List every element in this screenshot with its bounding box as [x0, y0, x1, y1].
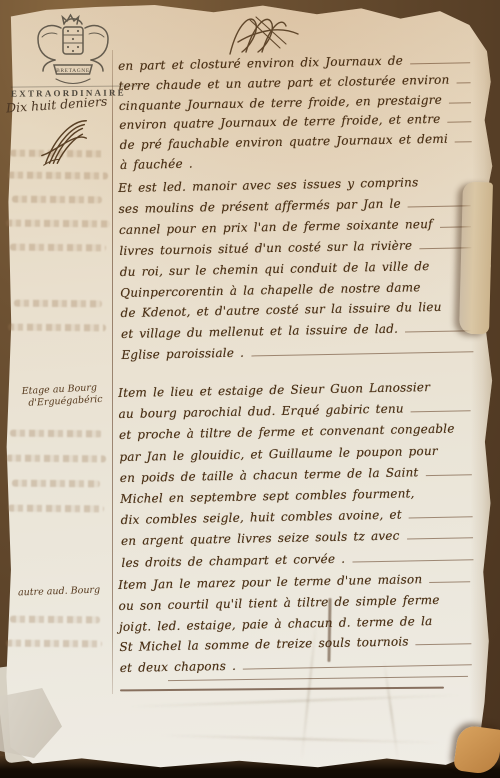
ink-bleedthrough: [10, 616, 100, 624]
stamp-banner-text: BRETAGNE: [56, 68, 90, 74]
manuscript-photo: BRETAGNE EXTRAORDINAIRE Dix huit deniers…: [0, 0, 500, 778]
ink-bleedthrough: [12, 480, 100, 488]
paragraph-land-parcels: en part et closturé environ dix Journaux…: [118, 50, 474, 176]
ink-bleedthrough: [12, 196, 102, 204]
ink-bleedthrough: [8, 324, 106, 332]
paragraph-manoir-moulins: Et est led. manoir avec ses issues y com…: [118, 171, 476, 366]
ink-bleedthrough: [6, 640, 102, 648]
ink-bleedthrough: [10, 244, 106, 252]
torn-edge-curl: [459, 182, 493, 335]
ink-bleedthrough: [10, 430, 102, 438]
ink-bleedthrough: [14, 300, 102, 308]
ink-bleedthrough: [8, 505, 104, 513]
margin-note-etage-bourg: Etage au Bourg d'Erguégabéric: [21, 382, 102, 410]
margin-rule-line: [112, 50, 113, 694]
paragraph-maison-courtil: Item Jan le marez pour le terme d'une ma…: [118, 568, 474, 679]
tax-stamp-emblem-icon: BRETAGNE: [26, 13, 120, 93]
paragraph-estaige-bourg: Item le lieu et estaige de Sieur Guon La…: [118, 376, 476, 574]
ink-bleedthrough: [6, 220, 110, 228]
ink-bleedthrough: [8, 172, 108, 180]
ink-bleedthrough: [6, 455, 106, 463]
paraph-flourish-icon: [36, 112, 94, 172]
